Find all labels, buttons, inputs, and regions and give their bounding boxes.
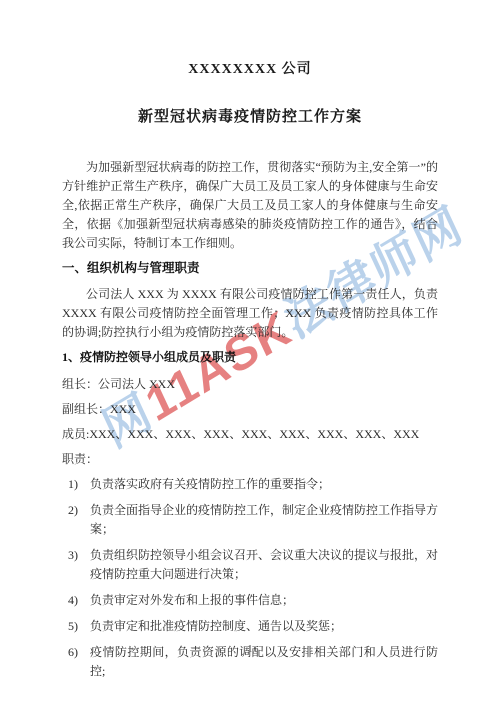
duty-item-number: 2) [68, 501, 90, 539]
duty-item-number: 1) [68, 475, 90, 494]
page-number: 1 [0, 644, 500, 655]
duty-item: 1) 负责落实政府有关疫情防控工作的重要指令； [68, 475, 438, 494]
duty-item: 3) 负责组织防控领导小组会议召开、会议重大决议的提议与报批，对疫情防控重大问题… [68, 546, 438, 584]
group-leader-line: 组长：公司法人 XXX [62, 375, 438, 394]
duty-item-text: 负责审定对外发布和上报的事件信息； [90, 591, 438, 610]
deputy-leader-line: 副组长：XXX [62, 400, 438, 419]
document-title: 新型冠状病毒疫情防控工作方案 [62, 106, 438, 128]
subsection-heading-leading-group: 1、疫情防控领导小组成员及职责 [62, 348, 438, 367]
document-body: XXXXXXXX 公司 新型冠状病毒疫情防控工作方案 为加强新型冠状病毒的防控工… [0, 0, 500, 681]
duty-item-number: 5) [68, 617, 90, 636]
duty-item-number: 4) [68, 591, 90, 610]
section-heading-organization: 一、组织机构与管理职责 [62, 259, 438, 278]
duty-item-text: 负责落实政府有关疫情防控工作的重要指令； [90, 475, 438, 494]
duty-item-text: 负责审定和批准疫情防控制度、通告以及奖惩； [90, 617, 438, 636]
duty-item-text: 负责全面指导企业的疫情防控工作，制定企业疫情防控工作指导方案； [90, 501, 438, 539]
document-page: 网11ASK法律师网 XXXXXXXX 公司 新型冠状病毒疫情防控工作方案 为加… [0, 0, 500, 706]
duty-item: 4) 负责审定对外发布和上报的事件信息； [68, 591, 438, 610]
section1-paragraph: 公司法人 XXX 为 XXXX 有限公司疫情防控工作第一责任人，负责 XXXX … [62, 285, 438, 342]
company-title: XXXXXXXX 公司 [62, 60, 438, 80]
intro-paragraph: 为加强新型冠状病毒的防控工作，贯彻落实“预防为主,安全第一”的方针维护正常生产秩… [62, 158, 438, 253]
duty-item: 2) 负责全面指导企业的疫情防控工作，制定企业疫情防控工作指导方案； [68, 501, 438, 539]
duty-item-number: 3) [68, 546, 90, 584]
duties-label: 职责： [62, 450, 438, 469]
duty-item-text: 负责组织防控领导小组会议召开、会议重大决议的提议与报批，对疫情防控重大问题进行决… [90, 546, 438, 584]
members-line: 成员:XXX、XXX、XXX、XXX、XXX、XXX、XXX、XXX、XXX [62, 425, 438, 444]
duty-item: 5) 负责审定和批准疫情防控制度、通告以及奖惩； [68, 617, 438, 636]
